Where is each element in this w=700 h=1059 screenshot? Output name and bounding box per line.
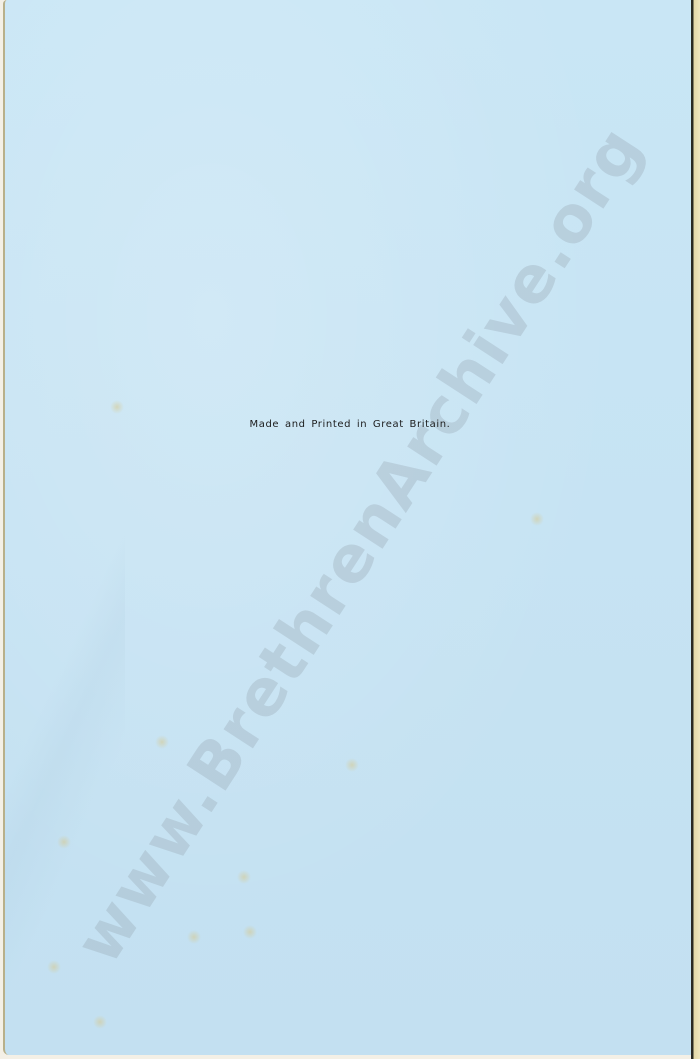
foxing-spot — [530, 512, 544, 526]
book-spine-edge — [691, 0, 700, 1059]
foxing-spot — [47, 960, 61, 974]
foxing-spot — [57, 835, 71, 849]
foxing-spot — [345, 758, 359, 772]
paper-crease — [5, 400, 125, 1000]
foxing-spot — [187, 930, 201, 944]
imprint-text: Made and Printed in Great Britain. — [0, 419, 700, 430]
foxing-spot — [155, 735, 169, 749]
foxing-spot — [110, 400, 124, 414]
foxing-spot — [93, 1015, 107, 1029]
foxing-spot — [237, 870, 251, 884]
back-cover-page — [3, 0, 693, 1055]
foxing-spot — [243, 925, 257, 939]
